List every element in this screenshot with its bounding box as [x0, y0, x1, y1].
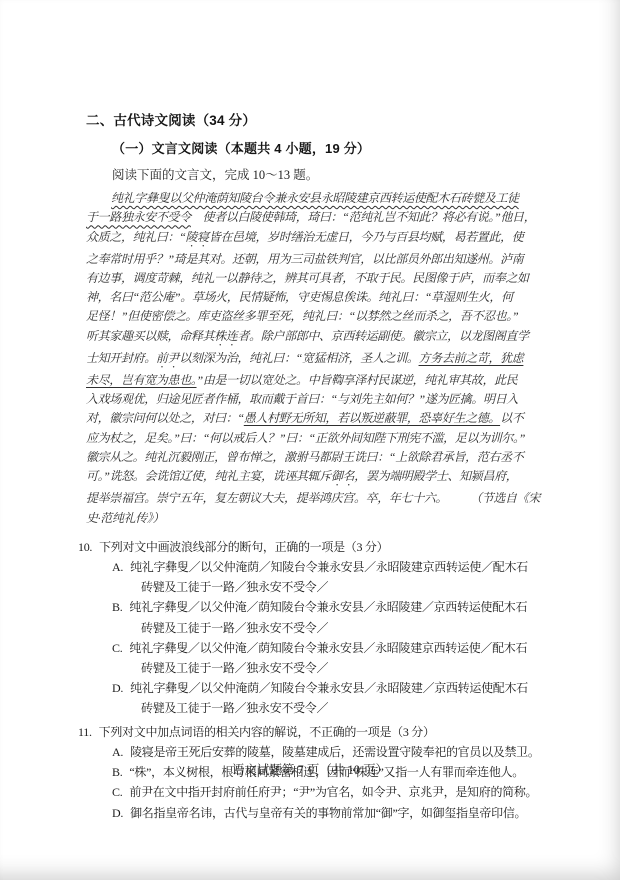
option-label: A.	[112, 745, 123, 759]
subsection-title: （一）文言文阅读（本题共 4 小题，19 分）	[112, 140, 552, 158]
option-text: 纯礼字彝叟／以父仲淹荫／知陵台令兼永安县／永昭陵建京西转运使／配木石	[130, 560, 528, 574]
passage-line: 对，徽宗问何以处之，对曰：“愚人村野无所知，若以叛逆蔽罪，恐辜好生之德。以不	[86, 409, 552, 428]
passage-text: 可。”诜怒。会诜馆辽使，纯礼主宴，诜诬其辄斥	[86, 469, 331, 483]
passage-line: 应为杖之，足矣。”曰：“何以戒后人？”曰：“正欲外间知陛下刑宪不滥，足以为训尔。…	[86, 429, 552, 448]
option-A: A.陵寝是帝王死后安葬的陵墓，陵墓建成后，还需设置守陵奉祀的官员以及禁卫。	[112, 742, 552, 762]
passage-line: 徽宗从之。纯礼沉毅刚正，曾布惮之，激驸马都尉王诜曰：“上欲除君承旨，范右丞不	[86, 448, 552, 467]
option-B: B.纯礼字彝叟／以父仲淹／荫知陵台令兼永安县／永昭陵建／京西转运使配木石	[112, 597, 552, 617]
option-C-cont: 砖甓及工徒于一路／独永安不受令／	[141, 658, 552, 678]
emphasized-term: 御名	[331, 469, 354, 483]
question-stem-text: 下列对文中画波浪线部分的断句，正确的一项是（3 分）	[99, 540, 388, 554]
passage-line: 纯礼字彝叟以父仲淹荫知陵台令兼永安县永昭陵建京西转运使配木石砖甓及工徒	[86, 189, 552, 208]
page-content: 二、古代诗文阅读（34 分） （一）文言文阅读（本题共 4 小题，19 分） 阅…	[78, 112, 552, 823]
question-number: 10.	[78, 540, 92, 554]
underlined-text: 愚人村野无所知，若以叛逆蔽罪，恐辜好生之德。	[244, 411, 500, 425]
passage: 纯礼字彝叟以父仲淹荫知陵台令兼永安县永昭陵建京西转运使配木石砖甓及工徒于一路独永…	[86, 189, 552, 528]
passage-text: 皆在邑境，岁时缮治无虚日，今乃与百县均赋，曷若置此，使	[209, 230, 524, 244]
option-text: 前尹在文中指开封府前任府尹；“尹”为官名，如令尹、京兆尹，是知府的简称。	[129, 785, 537, 799]
passage-line: 足怪！”但使密偿之。库吏盗丝多罪至死，纯礼曰：“以棼然之丝而杀之，吾不忍也。”	[86, 307, 552, 326]
passage-line: 士知开封府。前尹以刻深为治，纯礼曰：“宽猛相济，圣人之训。方务去前之苛，犹虑	[86, 349, 552, 371]
option-text: 陵寝是帝王死后安葬的陵墓，陵墓建成后，还需设置守陵奉祀的官员以及禁卫。	[130, 745, 540, 759]
passage-text: 徽宗从之。纯礼沉毅刚正，曾布惮之，激驸马都尉王诜曰：“上欲除君承旨，范右丞不	[86, 450, 523, 464]
option-B-cont: 砖甓及工徒于一路／独永安不受令／	[141, 618, 552, 638]
passage-text: 应为杖之，足矣。”曰：“何以戒后人？”曰：“正欲外间知陛下刑宪不滥，足以为训尔。…	[86, 431, 525, 445]
question-stem: 11.下列对文中加点词语的相关内容的解说，不正确的一项是（3 分）	[78, 722, 552, 742]
option-label: D.	[112, 806, 123, 820]
passage-text: 众质之，纯礼曰：“	[86, 230, 186, 244]
question-stem: 10.下列对文中画波浪线部分的断句，正确的一项是（3 分）	[78, 537, 552, 557]
option-D-cont: 砖甓及工徒于一路／独永安不受令／	[141, 698, 552, 718]
passage-line: 提举崇福宫。崇宁五年，复左朝议大夫，提举鸿庆宫。卒，年七十六。 （节选自《宋	[86, 489, 552, 508]
exam-page: 二、古代诗文阅读（34 分） （一）文言文阅读（本题共 4 小题，19 分） 阅…	[0, 0, 620, 880]
passage-text: 听其家趣买以赎，命释其	[86, 329, 214, 343]
option-label: B.	[112, 600, 122, 614]
question-stem-text: 下列对文中加点词语的相关内容的解说，不正确的一项是（3 分）	[99, 725, 435, 739]
passage-text: 以不	[500, 411, 523, 425]
passage-text: 士知开封府。	[86, 351, 156, 365]
passage-line: 入戏场观优，归途见匠者作桶，取而戴于首曰：“与刘先主如何？”遂为匠擒。明日入	[86, 390, 552, 409]
underlined-text: 未尽，岂有宽为患也。	[86, 373, 197, 387]
option-C: C.纯礼字彝叟／以父仲淹／荫知陵台令兼永安县／永昭陵建京西转运使／配木石	[112, 638, 552, 658]
passage-line: 史·范纯礼传》）	[86, 509, 552, 528]
option-label: D.	[112, 681, 123, 695]
question-11: 11.下列对文中加点词语的相关内容的解说，不正确的一项是（3 分）	[78, 722, 552, 742]
question-10: 10.下列对文中画波浪线部分的断句，正确的一项是（3 分）	[78, 537, 552, 557]
option-text: 砖甓及工徒于一路／独永安不受令／	[141, 701, 328, 715]
option-D: D.御名指皇帝名讳，古代与皇帝有关的事物前常加“御”字，如御玺指皇帝印信。	[112, 803, 552, 823]
option-label: C.	[112, 785, 122, 799]
passage-line: 有边事，调度苛棘，纯礼一以静待之，辨其可具者，不取于民。民图像于庐，而奉之如	[86, 269, 552, 288]
option-A-cont: 砖甓及工徒于一路／独永安不受令／	[141, 577, 552, 597]
underlined-text: 方务去前之苛，犹虑	[419, 351, 524, 365]
emphasized-term: 株连	[214, 329, 237, 343]
option-D: D.纯礼字彝叟／以父仲淹荫／知陵台令兼永安县／永昭陵建／京西转运使配木石	[112, 678, 552, 698]
page-footer: 语文试题第 7 页（共 10 页）	[0, 762, 620, 778]
option-label: A.	[112, 560, 123, 574]
questions: 10.下列对文中画波浪线部分的断句，正确的一项是（3 分）A.纯礼字彝叟／以父仲…	[78, 537, 552, 823]
option-A: A.纯礼字彝叟／以父仲淹荫／知陵台令兼永安县／永昭陵建京西转运使／配木石	[112, 557, 552, 577]
passage-text: 足怪！”但使密偿之。库吏盗丝多罪至死，纯礼曰：“以棼然之丝而杀之，吾不忍也。”	[86, 309, 518, 323]
passage-line: 未尽，岂有宽为患也。”由是一切以宽处之。中旨鞫享泽村民谋逆，纯礼审其故，此民	[86, 371, 552, 390]
section-title: 二、古代诗文阅读（34 分）	[86, 112, 552, 130]
passage-line: 可。”诜怒。会诜馆辽使，纯礼主宴，诜诬其辄斥御名，罢为端明殿学士、知颍昌府，	[86, 467, 552, 489]
option-text: 纯礼字彝叟／以父仲淹／荫知陵台令兼永安县／永昭陵建／京西转运使配木石	[129, 600, 527, 614]
emphasized-term: 前尹	[156, 351, 179, 365]
passage-text: 者。除户部郎中、京西转运副使。徽宗立，以龙图阁直学	[237, 329, 528, 343]
passage-text: 史·范纯礼传》）	[86, 511, 164, 525]
option-text: 砖甓及工徒于一路／独永安不受令／	[141, 661, 328, 675]
passage-text: 之奉常时用乎？”琦是其对。还朝，用为三司盐铁判官，以比部员外郎出知遂州。泸南	[86, 252, 523, 266]
passage-text: ”由是一切以宽处之。中旨鞫享泽村民谋逆，纯礼审其故，此民	[197, 373, 518, 387]
option-text: 御名指皇帝名讳，古代与皇帝有关的事物前常加“御”字，如御玺指皇帝印信。	[130, 806, 526, 820]
option-text: 砖甓及工徒于一路／独永安不受令／	[141, 621, 328, 635]
option-text: 砖甓及工徒于一路／独永安不受令／	[141, 580, 328, 594]
passage-text: 提举崇福宫。崇宁五年，复左朝议大夫，提举鸿庆宫。卒，年七十六。 （节选自《宋	[86, 491, 540, 505]
passage-text: 对，徽宗问何以处之，对曰：“	[86, 411, 244, 425]
passage-text: 入戏场观优，归途见匠者作桶，取而戴于首曰：“与刘先主如何？”遂为匠擒。明日入	[86, 392, 518, 406]
passage-line: 神，名曰“范公庵”。草场火，民情疑怖，守吏惕息俟诛。纯礼曰：“草湿则生火，何	[86, 288, 552, 307]
option-text: 纯礼字彝叟／以父仲淹荫／知陵台令兼永安县／永昭陵建／京西转运使配木石	[130, 681, 528, 695]
passage-text: 使者以白陵使韩琦，琦曰：“范纯礼岂不知此？将必有说。”他日，	[191, 210, 536, 224]
passage-text: 有边事，调度苛棘，纯礼一以静待之，辨其可具者，不取于民。民图像于庐，而奉之如	[86, 271, 529, 285]
reading-instruction: 阅读下面的文言文，完成 10～13 题。	[112, 166, 552, 184]
passage-text: 神，名曰“范公庵”。草场火，民情疑怖，守吏惕息俟诛。纯礼曰：“草湿则生火，何	[86, 290, 513, 304]
question-number: 11.	[78, 725, 92, 739]
passage-line: 听其家趣买以赎，命释其株连者。除户部郎中、京西转运副使。徽宗立，以龙图阁直学	[86, 327, 552, 349]
option-label: C.	[112, 641, 122, 655]
passage-line: 于一路独永安不受令 使者以白陵使韩琦，琦曰：“范纯礼岂不知此？将必有说。”他日，	[86, 208, 552, 227]
emphasized-term: 陵寝	[186, 230, 209, 244]
underlined-text: 于一路独永安不受令	[86, 210, 191, 224]
passage-text: ，罢为端明殿学士、知颍昌府，	[354, 469, 517, 483]
passage-line: 之奉常时用乎？”琦是其对。还朝，用为三司盐铁判官，以比部员外郎出知遂州。泸南	[86, 250, 552, 269]
underlined-text: 纯礼字彝叟以父仲淹荫知陵台令兼永安县永昭陵建京西转运使配木石砖甓及工徒	[111, 191, 519, 205]
option-text: 纯礼字彝叟／以父仲淹／荫知陵台令兼永安县／永昭陵建京西转运使／配木石	[129, 641, 527, 655]
option-C: C.前尹在文中指开封府前任府尹；“尹”为官名，如令尹、京兆尹，是知府的简称。	[112, 782, 552, 802]
passage-line: 众质之，纯礼曰：“陵寝皆在邑境，岁时缮治无虚日，今乃与百县均赋，曷若置此，使	[86, 228, 552, 250]
passage-text: 以刻深为治，纯礼曰：“宽猛相济，圣人之训。	[179, 351, 418, 365]
